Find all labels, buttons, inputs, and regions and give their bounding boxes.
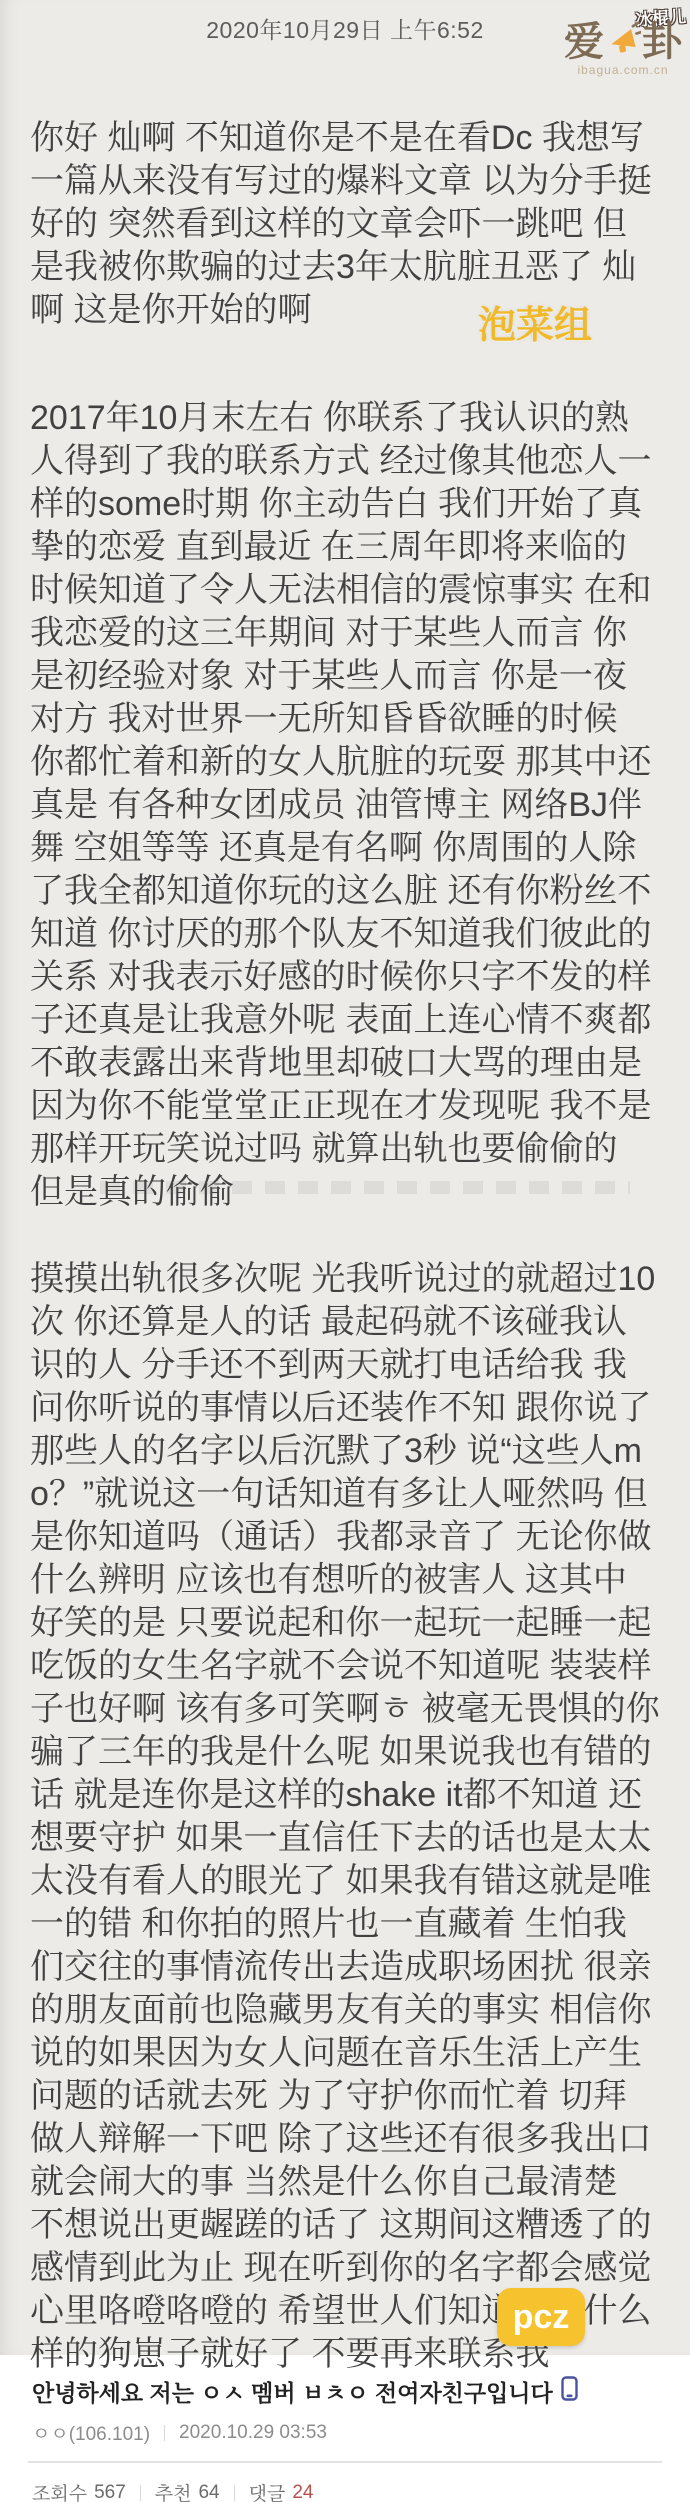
post-title-row: 안녕하세요 저는 ㅇㅅ 멤버 ㅂㅊㅇ 전여자친구입니다 bbox=[32, 2375, 658, 2408]
logo-char-right: 卦 bbox=[642, 22, 682, 62]
post-timestamp: 2020.10.29 03:53 bbox=[179, 2422, 327, 2444]
likes-value: 64 bbox=[198, 2482, 219, 2502]
faded-text-artifact bbox=[100, 1181, 630, 1194]
likes-stat: 추천 64 bbox=[155, 2479, 220, 2502]
post-meta-row: ㅇㅇ(106.101) 2020.10.29 03:53 bbox=[32, 2419, 658, 2446]
paocaizu-watermark: 泡菜组 bbox=[478, 294, 592, 349]
mobile-phone-icon bbox=[561, 2376, 578, 2407]
ibagua-logo-wordmark: 爱 卦 bbox=[564, 20, 682, 63]
pcz-watermark-badge: pcz bbox=[497, 2288, 585, 2346]
comments-label: 댓글 bbox=[249, 2479, 286, 2502]
likes-label: 추천 bbox=[155, 2479, 192, 2502]
gossip-post-image: 2020年10月29日 上午6:52 冰棍儿 爱 卦 ibagua.com.cn… bbox=[0, 0, 690, 2355]
views-label: 조회수 bbox=[32, 2479, 87, 2502]
stats-divider bbox=[234, 2485, 235, 2501]
megaphone-icon bbox=[605, 20, 641, 63]
post-title: 안녕하세요 저는 ㅇㅅ 멤버 ㅂㅊㅇ 전여자친구입니다 bbox=[32, 2375, 553, 2408]
logo-domain-text: ibagua.com.cn bbox=[564, 63, 682, 77]
post-paragraph-2: 2017年10月末左右 你联系了我认识的熟人得到了我的联系方式 经过像其他恋人一… bbox=[30, 397, 660, 1214]
views-stat: 조회수 567 bbox=[32, 2479, 126, 2502]
stats-divider bbox=[140, 2485, 141, 2501]
post-paragraph-3: 摸摸出轨很多次呢 光我听说过的就超过10次 你还算是人的话 最起码就不该碰我认识… bbox=[30, 1258, 660, 2376]
horizontal-divider bbox=[28, 2461, 662, 2463]
screenshot-root: 2020年10月29日 上午6:52 冰棍儿 爱 卦 ibagua.com.cn… bbox=[0, 0, 690, 2502]
meta-divider bbox=[164, 2425, 165, 2441]
views-value: 567 bbox=[94, 2482, 126, 2502]
ibagua-logo: 爱 卦 ibagua.com.cn bbox=[564, 20, 682, 77]
post-stats-row: 조회수 567 추천 64 댓글 24 bbox=[32, 2479, 658, 2502]
post-author: ㅇㅇ(106.101) bbox=[32, 2419, 150, 2446]
comments-stat: 댓글 24 bbox=[249, 2479, 314, 2502]
logo-char-left: 爱 bbox=[564, 22, 604, 62]
comments-value: 24 bbox=[292, 2482, 313, 2502]
forum-post-info: 안녕하세요 저는 ㅇㅅ 멤버 ㅂㅊㅇ 전여자친구입니다 ㅇㅇ(106.101) … bbox=[0, 2355, 690, 2502]
